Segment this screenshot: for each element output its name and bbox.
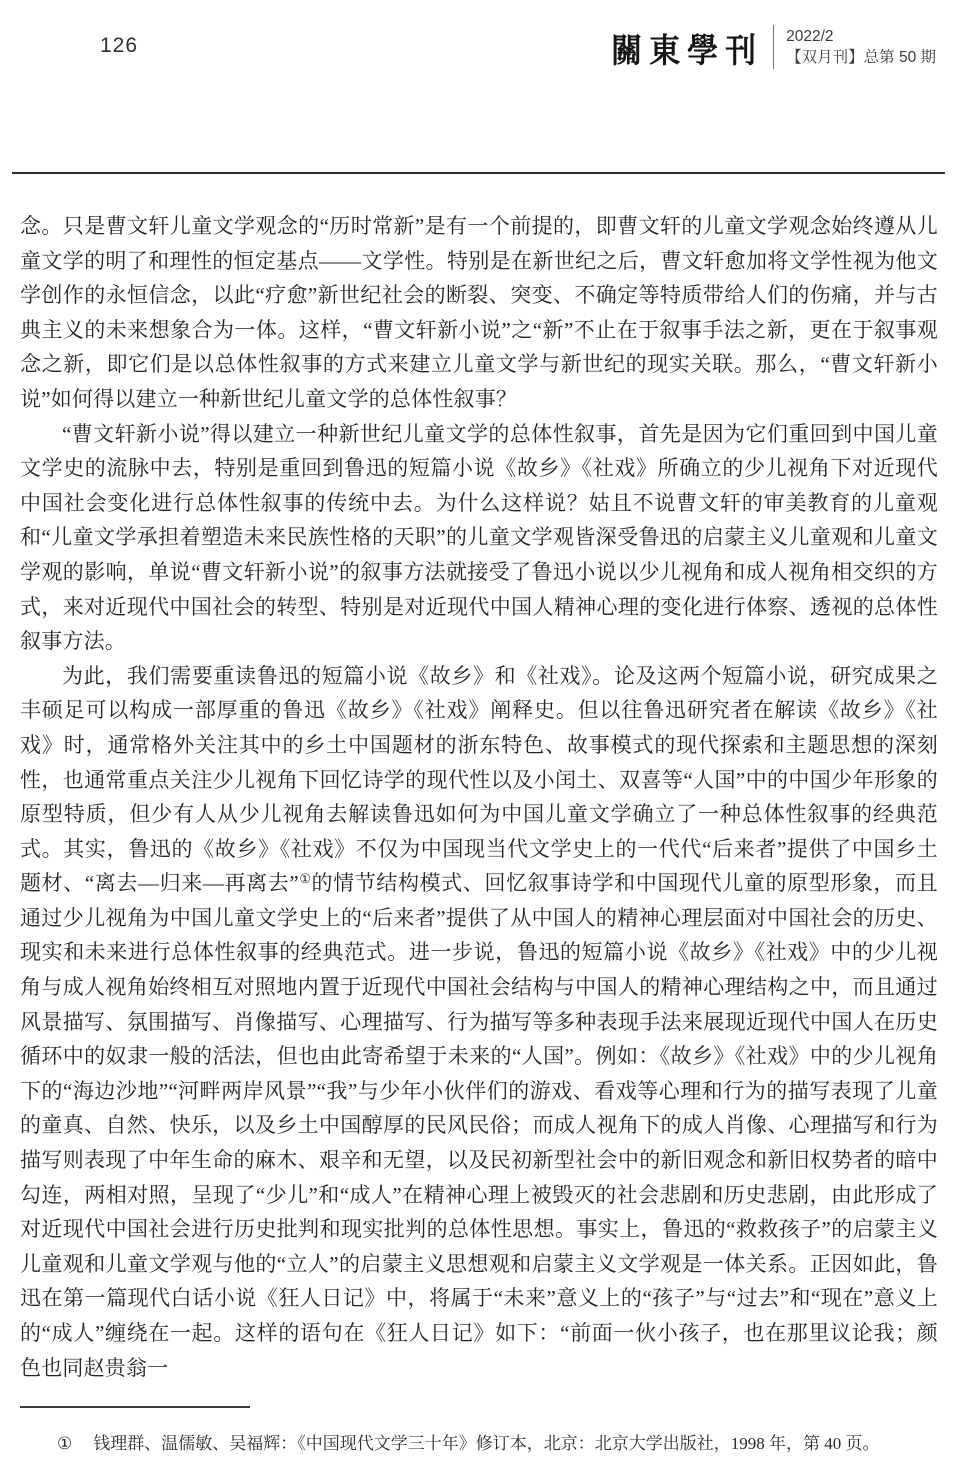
journal-page: 126 關東學刊 2022/2 【双月刊】总第 50 期 念。只是曹文轩儿童文学…	[0, 0, 958, 1476]
paragraph-3-text: 为此，我们需要重读鲁迅的短篇小说《故乡》和《社戏》。论及这两个短篇小说，研究成果…	[20, 664, 938, 896]
article-body: 念。只是曹文轩儿童文学观念的“历时常新”是有一个前提的，即曹文轩的儿童文学观念始…	[20, 209, 938, 1385]
paragraph-continuation: 念。只是曹文轩儿童文学观念的“历时常新”是有一个前提的，即曹文轩的儿童文学观念始…	[20, 209, 938, 417]
footnote: ①钱理群、温儒敏、吴福辉：《中国现代文学三十年》修订本，北京：北京大学出版社，1…	[20, 1432, 938, 1456]
paragraph-2: “曹文轩新小说”得以建立一种新世纪儿童文学的总体性叙事，首先是因为它们重回到中国…	[20, 417, 938, 659]
issue-info: 2022/2 【双月刊】总第 50 期	[786, 26, 936, 68]
header-rule	[12, 172, 945, 174]
masthead: 關東學刊 2022/2 【双月刊】总第 50 期	[611, 18, 936, 76]
issue-year-line: 2022/2	[786, 26, 936, 47]
masthead-divider	[773, 25, 774, 69]
issue-number-line: 【双月刊】总第 50 期	[786, 47, 936, 68]
paragraph-3: 为此，我们需要重读鲁迅的短篇小说《故乡》和《社戏》。论及这两个短篇小说，研究成果…	[20, 659, 938, 1385]
paragraph-3-text-continued: 的情节结构模式、回忆叙事诗学和中国现代儿童的原型形象，而且通过少儿视角为中国儿童…	[20, 871, 938, 1379]
footnote-rule	[20, 1406, 250, 1408]
journal-logo-calligraphy: 關東學刊	[611, 23, 763, 72]
page-number: 126	[100, 34, 138, 58]
footnote-reference-superscript: ①	[299, 871, 312, 886]
footnote-section: ①钱理群、温儒敏、吴福辉：《中国现代文学三十年》修订本，北京：北京大学出版社，1…	[20, 1406, 938, 1456]
footnote-text: 钱理群、温儒敏、吴福辉：《中国现代文学三十年》修订本，北京：北京大学出版社，19…	[93, 1434, 879, 1453]
footnote-marker: ①	[57, 1434, 72, 1453]
